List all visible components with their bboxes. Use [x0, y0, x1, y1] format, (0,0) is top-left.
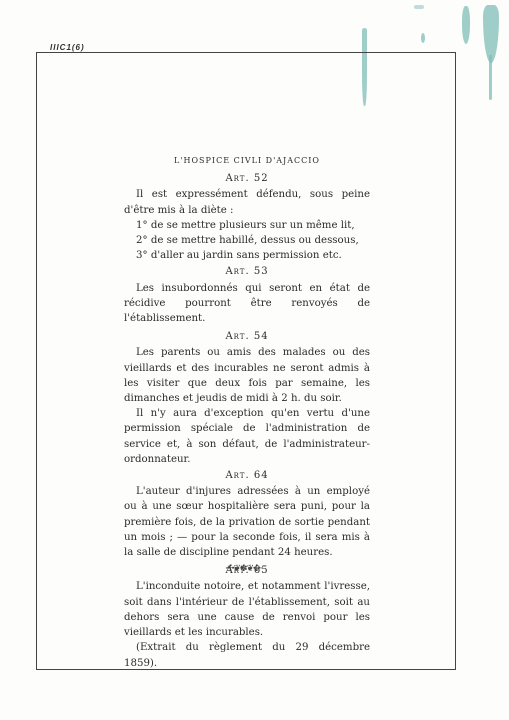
article-paragraph: Il n'y aura d'exception qu'en vertu d'un…: [124, 406, 370, 467]
article-title: Art. 64: [124, 468, 370, 483]
article-title: Art. 53: [124, 264, 370, 279]
article-paragraph: Il est expressément défendu, sous peine …: [124, 187, 370, 217]
article-paragraph: Les insubordonnés qui seront en état de …: [124, 281, 370, 327]
ink-stain: [462, 6, 470, 44]
article-title: Art. 52: [124, 171, 370, 186]
article-paragraph: (Extrait du règlement du 29 décembre 185…: [124, 640, 370, 670]
list-item: 3° d'aller au jardin sans permission etc…: [124, 248, 370, 263]
ink-stain: [421, 33, 425, 43]
ink-stain: [489, 55, 492, 100]
article-title: Art. 54: [124, 329, 370, 344]
article-paragraph: Les parents ou amis des malades ou des v…: [124, 345, 370, 406]
article-paragraph: L'auteur d'injures adressées à un employ…: [124, 484, 370, 560]
page-header: L'HOSPICE CIVLI D'AJACCIO: [124, 153, 370, 168]
archive-reference: IIIC1(6): [50, 43, 85, 52]
document-body: L'HOSPICE CIVLI D'AJACCIO Art. 52 Il est…: [124, 153, 370, 671]
article-paragraph: L'inconduite notoire, et notamment l'ivr…: [124, 579, 370, 640]
list-item: 2° de se mettre habillé, dessus ou desso…: [124, 233, 370, 248]
ink-stain: [414, 5, 424, 9]
list-item: 1° de se mettre plusieurs sur un même li…: [124, 218, 370, 233]
decorative-ornament: ·✣❦✽❦✣·: [225, 564, 261, 574]
